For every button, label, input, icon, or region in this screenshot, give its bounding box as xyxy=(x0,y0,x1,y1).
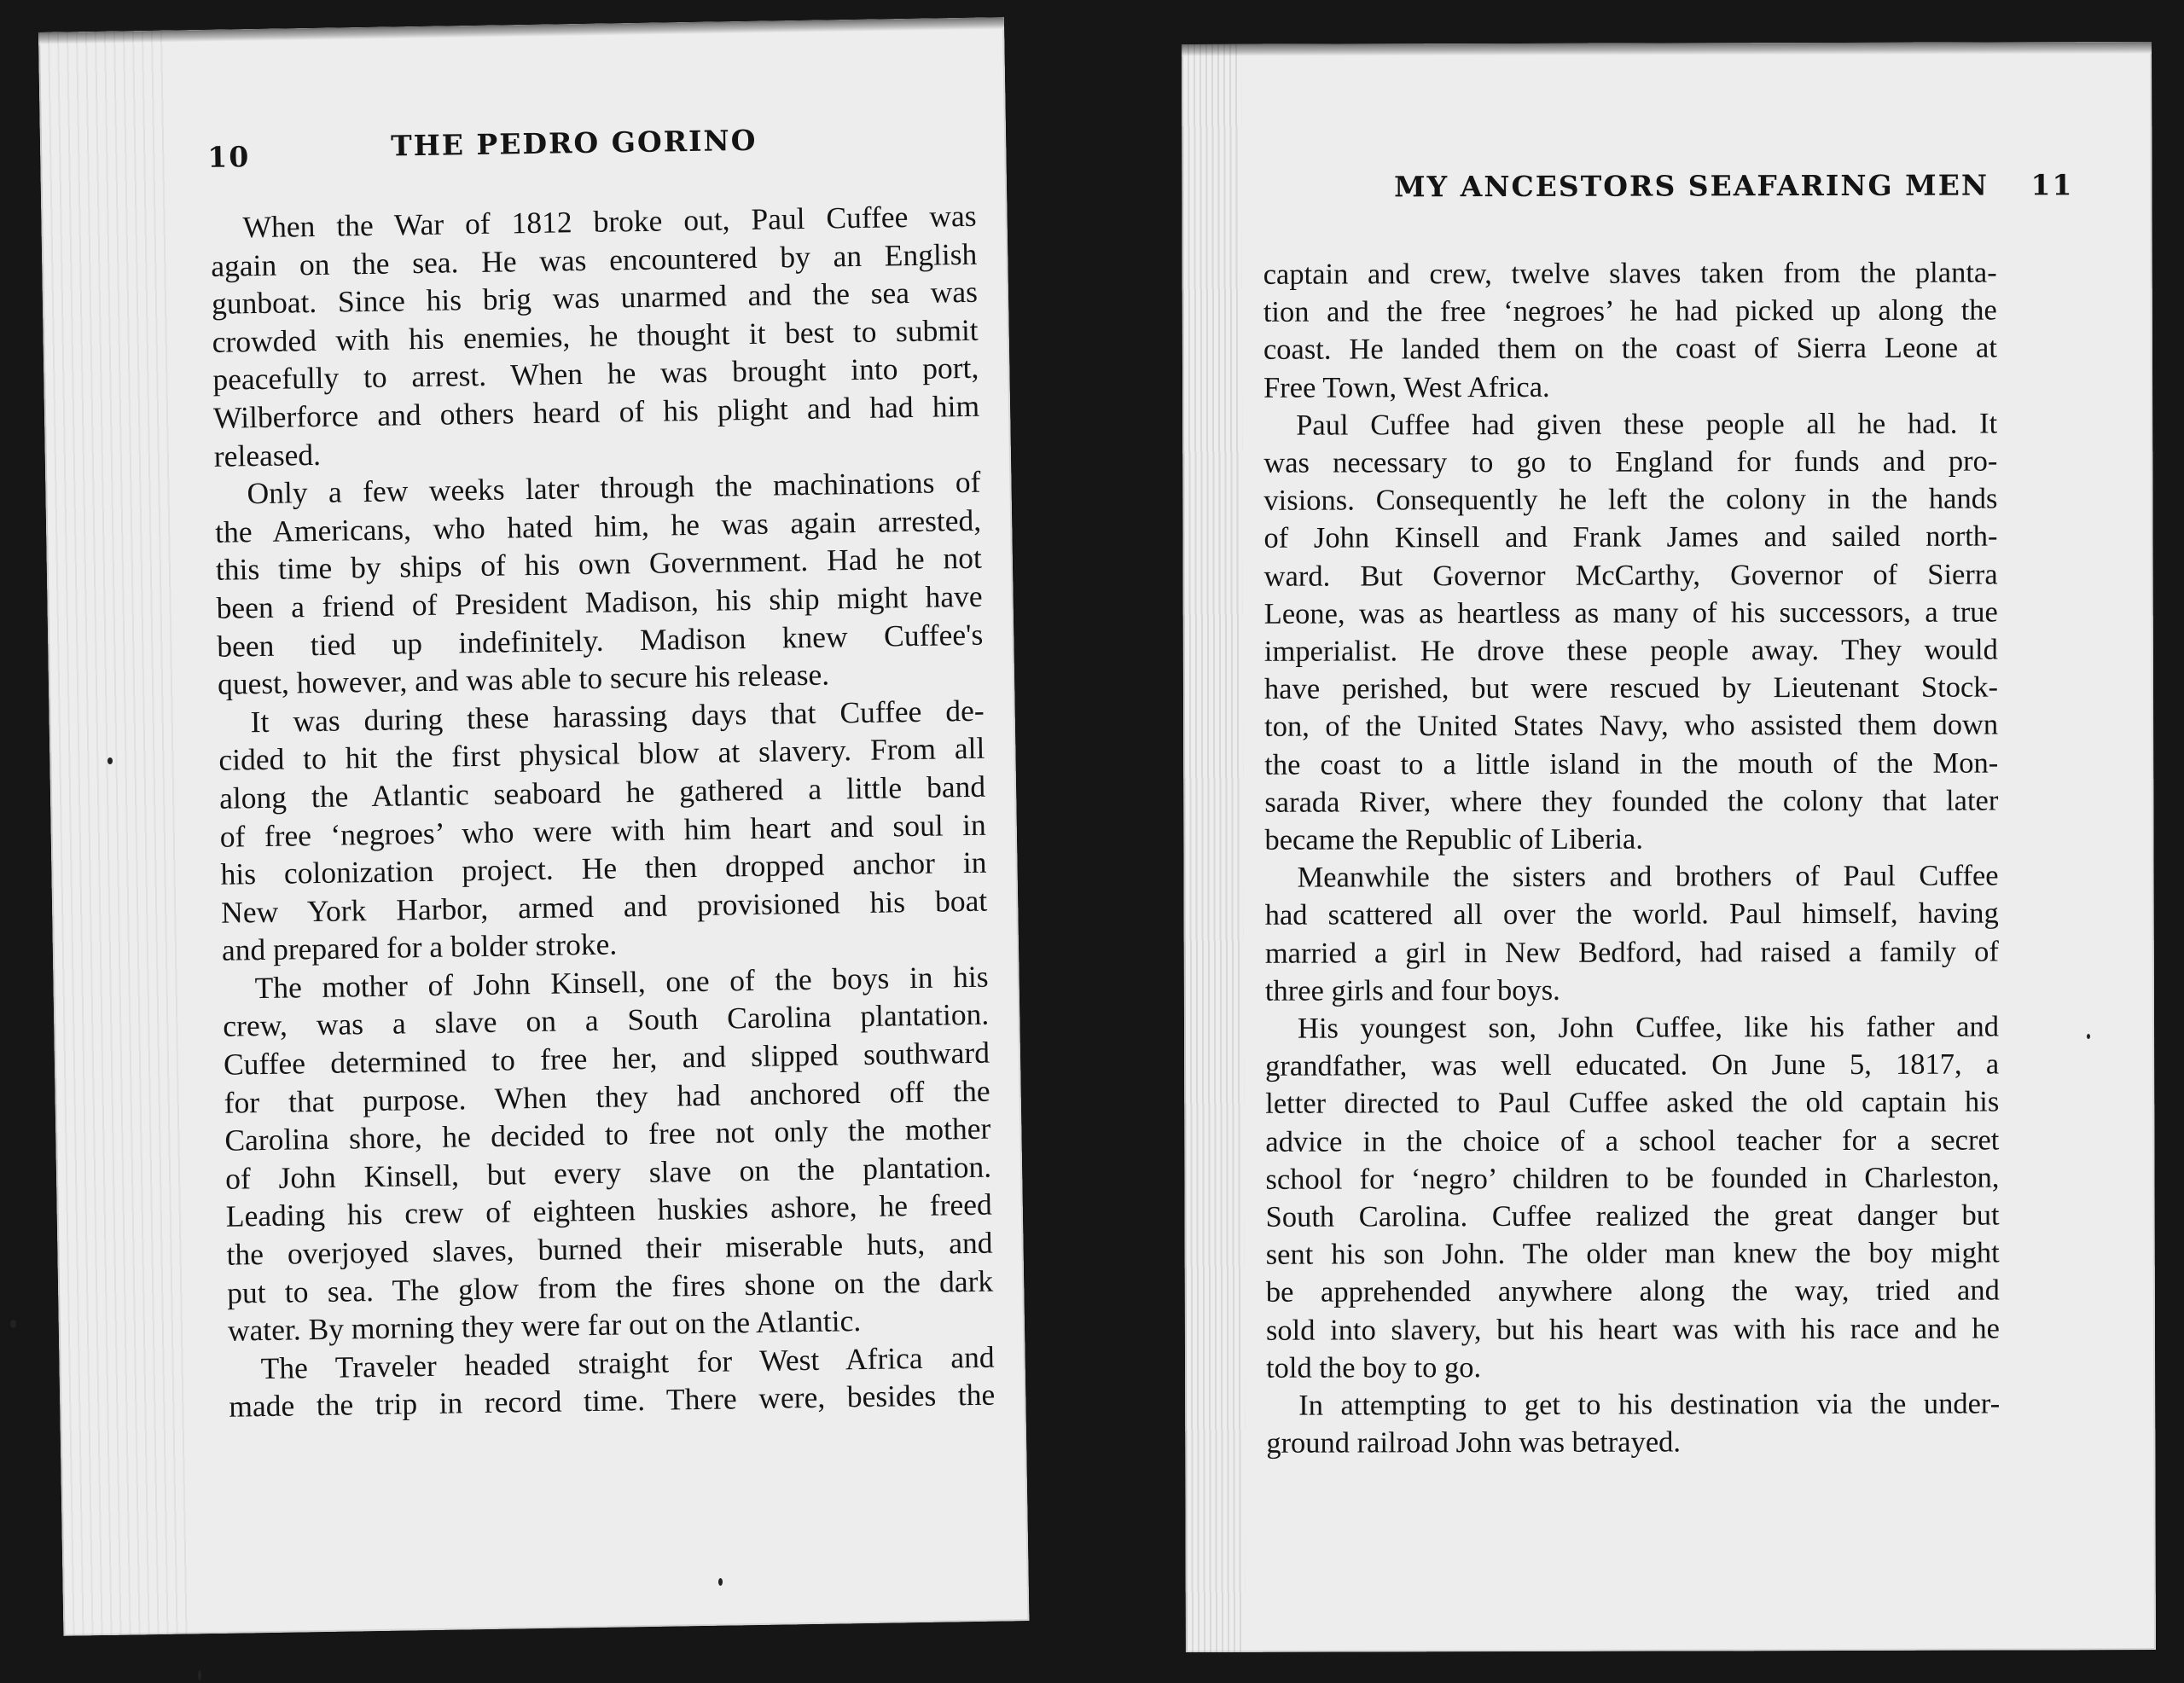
left-page: 10 THE PEDRO GORINO When the War of 1812… xyxy=(38,17,1029,1636)
book-title-header: THE PEDRO GORINO xyxy=(391,124,758,163)
text-line: school for ‘negro’ children to be founde… xyxy=(1265,1158,1999,1198)
text-line: Free Town, West Africa. xyxy=(1263,367,1997,406)
text-line: letter directed to Paul Cuffee asked the… xyxy=(1265,1083,1999,1123)
paragraph: The Traveler headed straight for West Af… xyxy=(228,1338,995,1425)
page-number: 10 xyxy=(207,140,251,174)
text-line: Meanwhile the sisters and brothers of Pa… xyxy=(1265,857,1999,897)
left-page-body: When the War of 1812 broke out, Paul Cuf… xyxy=(210,197,995,1426)
text-line: grandfather, was well educated. On June … xyxy=(1265,1046,1999,1085)
paragraph: When the War of 1812 broke out, Paul Cuf… xyxy=(210,197,980,475)
text-line: sarada River, where they founded the col… xyxy=(1264,781,1998,821)
text-line: captain and crew, twelve slaves taken fr… xyxy=(1263,253,1997,293)
text-line: His youngest son, John Cuffee, like his … xyxy=(1265,1008,1999,1048)
text-line: visions. Consequently he left the colony… xyxy=(1263,480,1997,519)
right-page-body: captain and crew, twelve slaves taken fr… xyxy=(1263,253,2001,1462)
right-page: MY ANCESTORS SEAFARING MEN 11 captain an… xyxy=(1182,42,2156,1652)
right-running-head: MY ANCESTORS SEAFARING MEN 11 xyxy=(1322,168,2073,203)
text-line: the coast to a little island in the mout… xyxy=(1264,744,1998,783)
text-line: imperialist. He drove these people away.… xyxy=(1264,631,1998,670)
scan-speck xyxy=(107,757,113,764)
text-line: became the Republic of Liberia. xyxy=(1264,820,1998,859)
text-line: told the boy to go. xyxy=(1266,1347,2000,1386)
text-line: be apprehended anywhere along the way, t… xyxy=(1266,1272,2000,1311)
paragraph: In attempting to get to his destination … xyxy=(1266,1385,2000,1463)
text-line: of John Kinsell and Frank James and sail… xyxy=(1263,518,1997,557)
paragraph: Meanwhile the sisters and brothers of Pa… xyxy=(1265,857,1999,1010)
paragraph: It was during these harassing days that … xyxy=(218,691,988,969)
scan-speck xyxy=(198,1670,201,1680)
book-spread-scan: 10 THE PEDRO GORINO When the War of 1812… xyxy=(0,0,2184,1683)
paragraph: captain and crew, twelve slaves taken fr… xyxy=(1263,253,1997,406)
text-line: South Carolina. Cuffee realized the grea… xyxy=(1266,1197,2000,1236)
text-line: ground railroad John was betrayed. xyxy=(1266,1423,2000,1462)
page-number: 11 xyxy=(2030,168,2073,201)
text-line: Leone, was as heartless as many of his s… xyxy=(1264,593,1998,632)
chapter-title-header: MY ANCESTORS SEAFARING MEN xyxy=(1394,169,1989,204)
text-line: sold into slavery, but his heart was wit… xyxy=(1266,1309,2000,1349)
text-line: three girls and four boys. xyxy=(1265,970,1999,1009)
text-line: tion and the free ‘negroes’ he had picke… xyxy=(1263,292,1997,331)
text-line: was necessary to go to England for funds… xyxy=(1263,443,1997,482)
text-line: ward. But Governor McCarthy, Governor of… xyxy=(1264,555,1998,595)
paragraph: The mother of John Kinsell, one of the b… xyxy=(222,958,994,1350)
scan-speck xyxy=(718,1578,723,1586)
text-line: advice in the choice of a school teacher… xyxy=(1265,1121,1999,1160)
text-line: coast. He landed them on the coast of Si… xyxy=(1263,329,1997,369)
paragraph: His youngest son, John Cuffee, like his … xyxy=(1265,1008,2000,1387)
text-line: married a girl in New Bedford, had raise… xyxy=(1265,932,1999,972)
paragraph: Paul Cuffee had given these people all h… xyxy=(1263,404,1998,859)
text-line: sent his son John. The older man knew th… xyxy=(1266,1234,2000,1274)
text-line: have perished, but were rescued by Lieut… xyxy=(1264,669,1998,708)
paragraph: Only a few weeks later through the machi… xyxy=(214,463,984,704)
text-line: Paul Cuffee had given these people all h… xyxy=(1263,404,1997,444)
scan-speck xyxy=(2087,1034,2090,1039)
left-running-head: 10 THE PEDRO GORINO xyxy=(207,123,822,132)
text-line: ton, of the United States Navy, who assi… xyxy=(1264,706,1998,746)
scan-speck xyxy=(10,1320,16,1328)
text-line: had scattered all over the world. Paul h… xyxy=(1265,895,1999,934)
text-line: In attempting to get to his destination … xyxy=(1266,1385,2000,1425)
